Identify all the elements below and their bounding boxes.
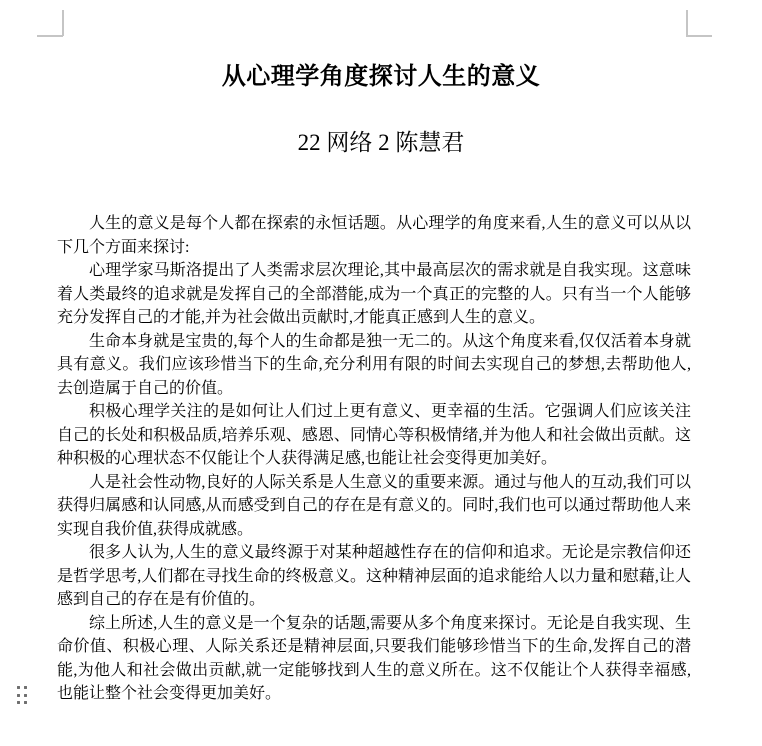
document-title[interactable]: 从心理学角度探讨人生的意义 (0, 62, 762, 92)
paragraph-intro[interactable]: 人生的意义是每个人都在探索的永恒话题。从心理学的角度来看,人生的意义可以从以下几… (57, 212, 691, 259)
paragraph-spirituality[interactable]: 很多人认为,人生的意义最终源于对某种超越性存在的信仰和追求。无论是宗教信仰还是哲… (57, 541, 691, 612)
paragraph-life-value[interactable]: 生命本身就是宝贵的,每个人的生命都是独一无二的。从这个角度来看,仅仅活着本身就具… (57, 330, 691, 401)
drag-handle-dot (24, 686, 27, 689)
document-body: 人生的意义是每个人都在探索的永恒话题。从心理学的角度来看,人生的意义可以从以下几… (57, 212, 691, 706)
crop-mark-top-left-icon (37, 10, 65, 38)
crop-mark-horizontal-line (686, 35, 712, 37)
crop-mark-vertical-line (686, 10, 688, 36)
drag-handle-dot (17, 694, 20, 697)
paragraph-self-actualization[interactable]: 心理学家马斯洛提出了人类需求层次理论,其中最高层次的需求就是自我实现。这意味着人… (57, 259, 691, 330)
drag-handle-icon[interactable] (17, 686, 27, 704)
drag-handle-dot (17, 701, 20, 704)
crop-mark-horizontal-line (37, 35, 63, 37)
paragraph-conclusion[interactable]: 综上所述,人生的意义是一个复杂的话题,需要从多个角度来探讨。无论是自我实现、生命… (57, 612, 691, 706)
drag-handle-dot (24, 701, 27, 704)
crop-mark-top-right-icon (686, 10, 714, 38)
document-page: { "document": { "title": "从心理学角度探讨人生的意义"… (0, 0, 762, 746)
drag-handle-dot (24, 694, 27, 697)
paragraph-positive-psychology[interactable]: 积极心理学关注的是如何让人们过上更有意义、更幸福的生活。它强调人们应该关注自己的… (57, 400, 691, 471)
crop-mark-vertical-line (62, 10, 64, 36)
document-byline[interactable]: 22 网络 2 陈慧君 (0, 128, 762, 158)
drag-handle-dot (17, 686, 20, 689)
paragraph-relationships[interactable]: 人是社会性动物,良好的人际关系是人生意义的重要来源。通过与他人的互动,我们可以获… (57, 471, 691, 542)
